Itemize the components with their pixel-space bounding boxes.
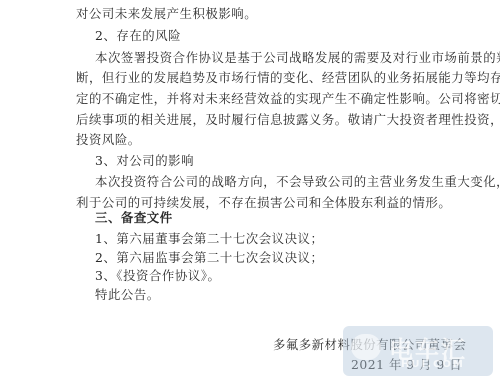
paragraph-line: 断，但行业的发展趋势及市场行情的变化、经营团队的业务拓展能力等均存在一 (76, 70, 428, 86)
reference-item: 1、第六届董事会第二十七次会议决议； (95, 231, 447, 247)
paragraph-line: 利于公司的可持续发展，不存在损害公司和全体股东利益的情形。 (76, 195, 428, 211)
watermark-logo-icon (351, 334, 381, 360)
paragraph-line: 本次投资符合公司的战略方向，不会导致公司的主营业务发生重大变化，有 (95, 174, 447, 190)
paragraph-line: 本次签署投资合作协议是基于公司战略发展的需要及对行业市场前景的判 (95, 50, 447, 66)
paragraph-line: 对公司未来发展产生积极影响。 (76, 6, 428, 22)
reference-item: 2、第六届监事会第二十七次会议决议； (95, 250, 447, 266)
watermark: 电车汇 HUI.COM (343, 326, 493, 376)
reference-item: 3、《投资合作协议》。 (95, 268, 447, 284)
section-heading-impact: 3、对公司的影响 (95, 153, 447, 169)
paragraph-line: 定的不确定性，并将对未来经营效益的实现产生不确定性影响。公司将密切关注 (76, 91, 428, 107)
document-page: 对公司未来发展产生积极影响。 2、存在的风险 本次签署投资合作协议是基于公司战略… (0, 0, 500, 383)
watermark-url: HUI.COM (401, 359, 465, 370)
closing-line: 特此公告。 (95, 287, 447, 303)
paragraph-line: 投资风险。 (76, 132, 428, 148)
paragraph-line: 后续事项的相关进展，及时履行信息披露义务。敬请广大投资者理性投资，注意 (76, 112, 428, 128)
section-heading-risk: 2、存在的风险 (95, 28, 447, 44)
section-heading-reference-docs: 三、备查文件 (95, 210, 447, 226)
